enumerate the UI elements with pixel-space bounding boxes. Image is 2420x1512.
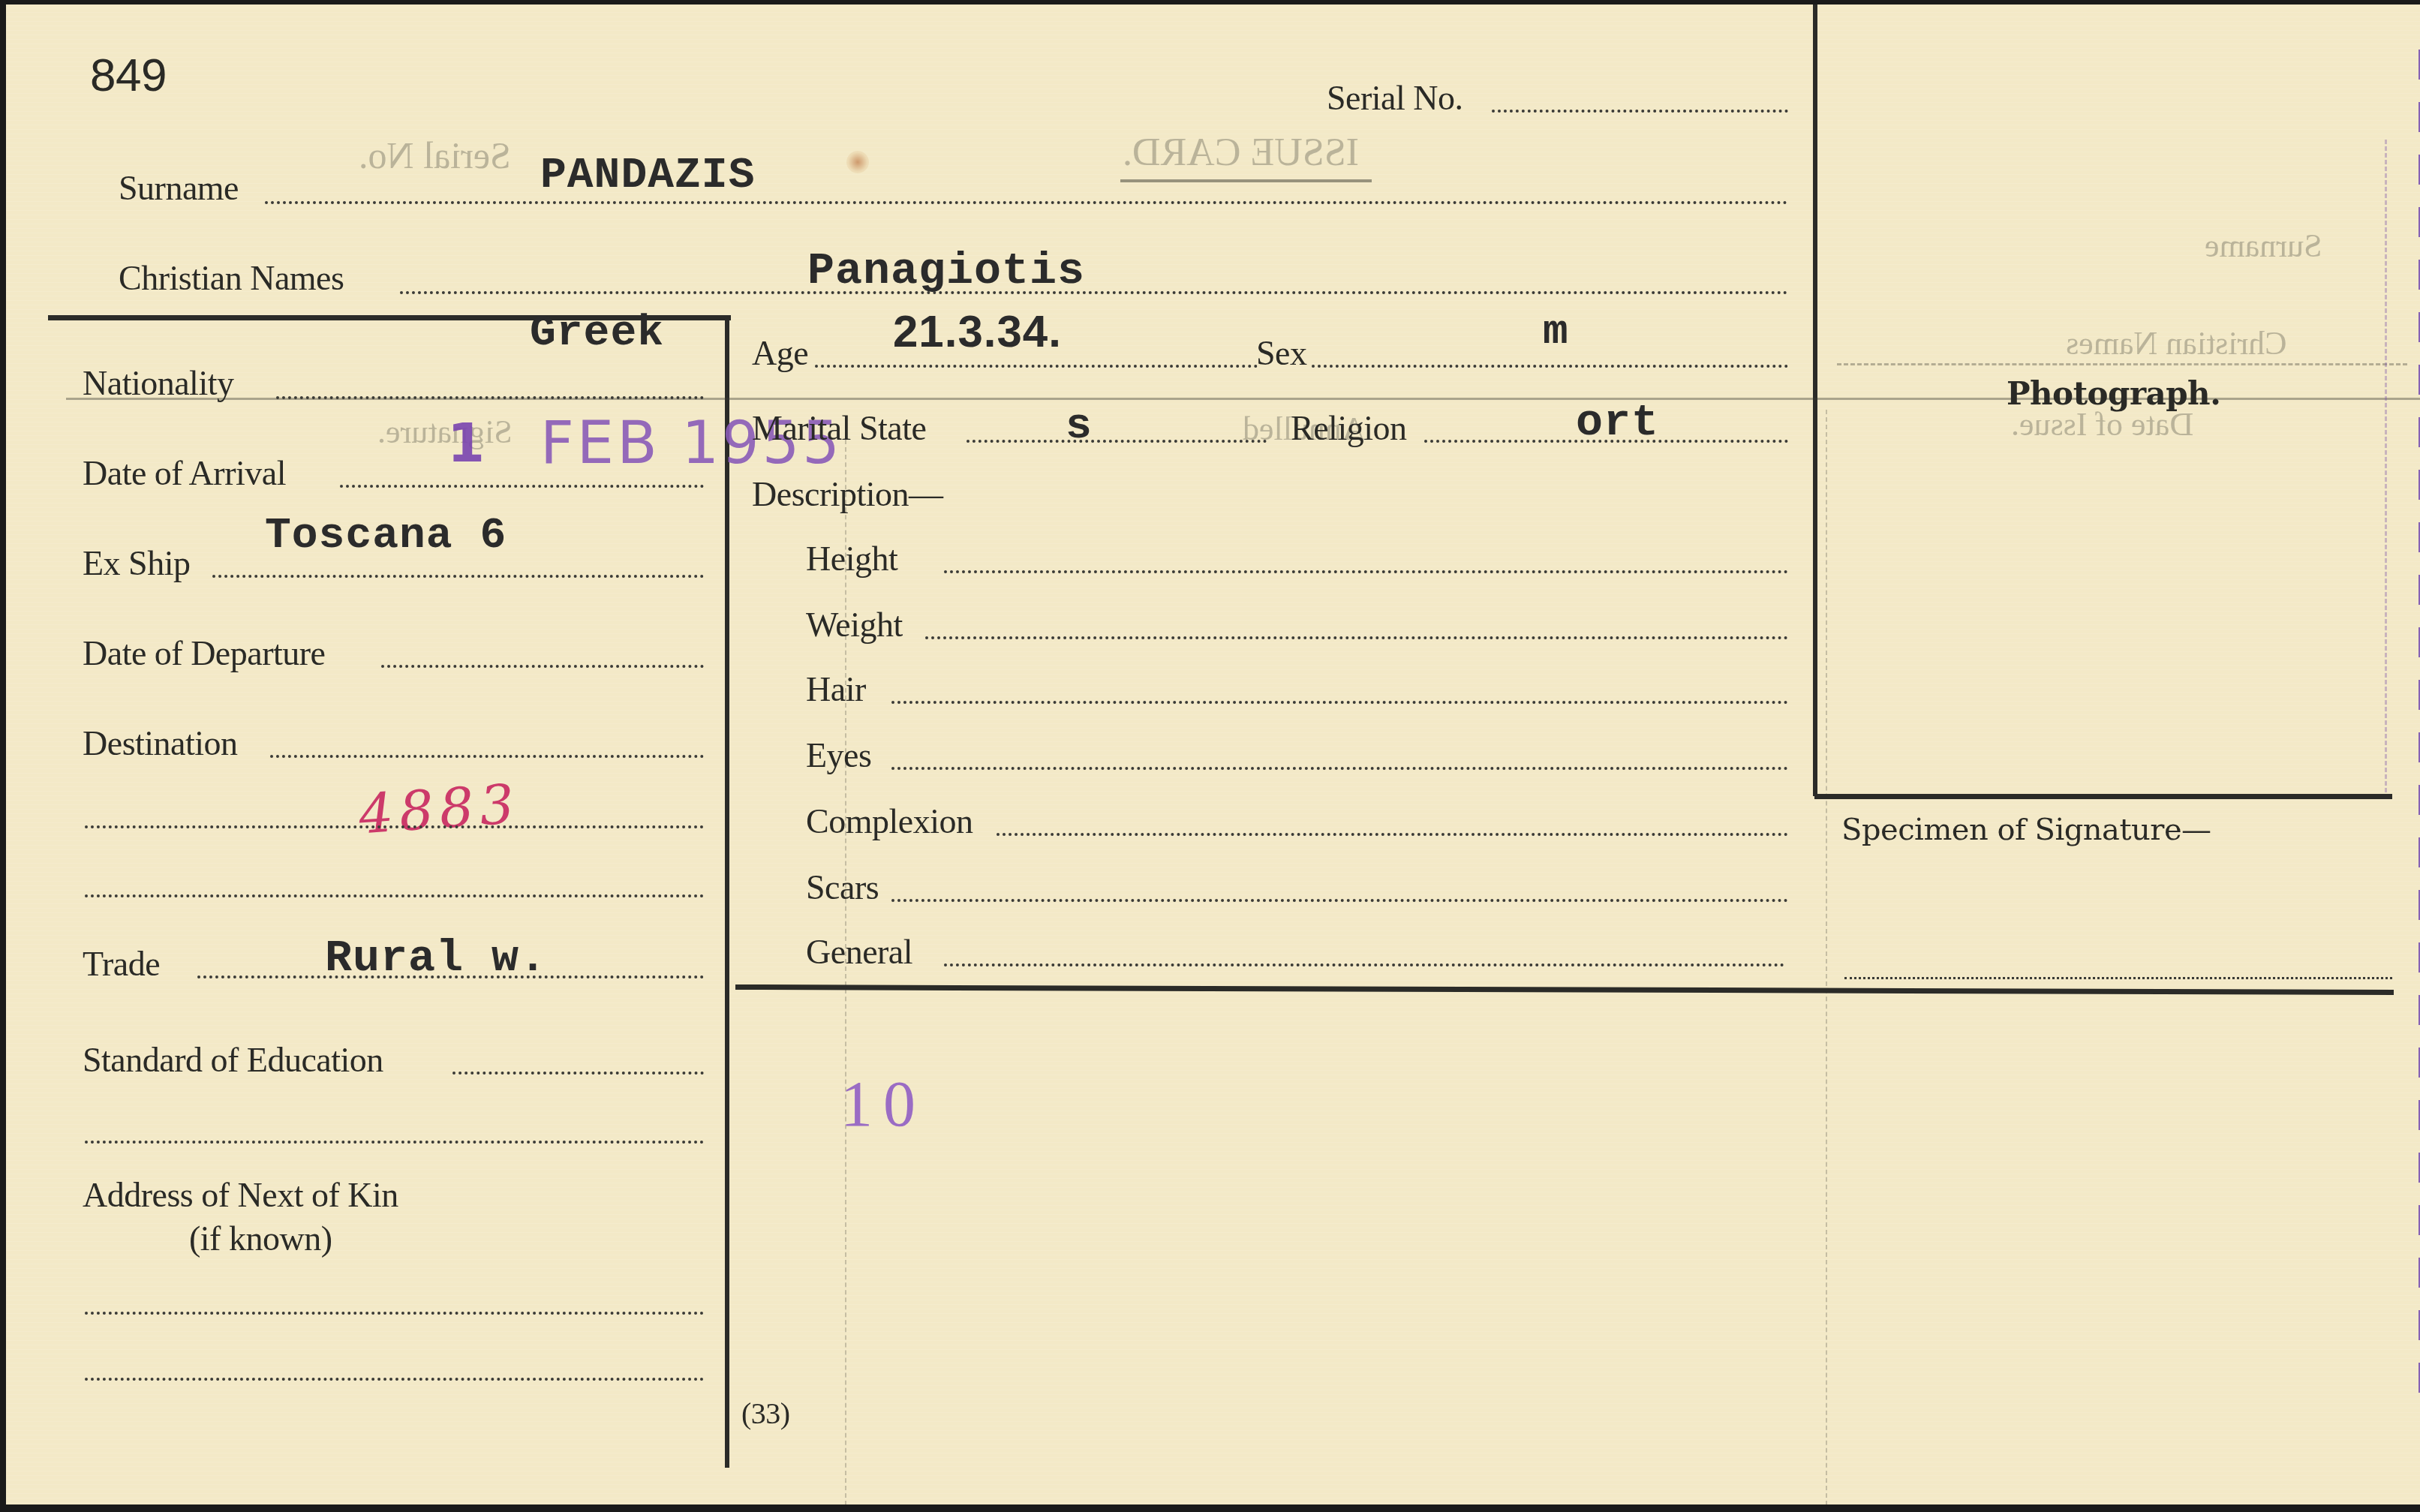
- height-dots: [944, 570, 1788, 573]
- destination-dots-2: [85, 825, 704, 828]
- guide-line-right: [1826, 410, 1827, 1505]
- ghost-underline: [1120, 179, 1372, 182]
- form-number: (33): [741, 1399, 790, 1429]
- photo-guide-line: [1837, 363, 2407, 365]
- description-heading: Description—: [752, 477, 943, 512]
- ghost-date-of-issue: Date of Issue.: [2011, 408, 2193, 441]
- paper-stain: [846, 151, 869, 173]
- trade-label: Trade: [83, 947, 160, 981]
- religion-value: ort: [1576, 401, 1659, 446]
- photo-box-right-edge: [2385, 140, 2387, 792]
- photograph-label: Photograph.: [2007, 378, 2220, 410]
- marital-state-label: Marital State: [752, 411, 926, 446]
- photo-box-bottom-rule: [1814, 794, 2392, 799]
- weight-dots: [925, 636, 1788, 639]
- ex-ship-value: Toscana 6: [265, 515, 507, 558]
- next-of-kin-dots-2: [85, 1378, 704, 1381]
- record-number: 849: [90, 53, 167, 99]
- serial-no-dots: [1492, 110, 1788, 113]
- complexion-dots: [997, 833, 1788, 836]
- destination-label: Destination: [83, 726, 238, 761]
- destination-handwritten-number: 4883: [357, 777, 522, 842]
- age-value: 21.3.34.: [893, 309, 1062, 354]
- ghost-serial-no: Serial No.: [359, 137, 511, 174]
- date-of-arrival-dots: [340, 485, 704, 488]
- left-column-divider: [725, 315, 729, 1468]
- description-bottom-rule: [735, 984, 2394, 995]
- surname-dots: [265, 201, 1788, 204]
- immigration-card: 849 Serial No. Serial No. ISSUE CARD. Su…: [0, 0, 2420, 1512]
- destination-dots: [270, 755, 704, 758]
- date-of-departure-label: Date of Departure: [83, 636, 326, 671]
- signature-label: Specimen of Signature—: [1841, 815, 2211, 845]
- religion-label: Religion: [1291, 411, 1406, 446]
- sex-label: Sex: [1256, 336, 1307, 371]
- description-label-hair: Hair: [806, 672, 866, 707]
- description-label-height: Height: [806, 542, 897, 576]
- next-of-kin-dots-1: [85, 1312, 704, 1315]
- general-dots: [944, 963, 1784, 966]
- surname-label: Surname: [119, 171, 239, 206]
- card-bottom-edge: [0, 1504, 2420, 1512]
- photo-column-divider: [1813, 5, 1817, 796]
- next-of-kin-label: Address of Next of Kin: [83, 1178, 398, 1213]
- description-label-weight: Weight: [806, 608, 903, 642]
- marital-state-value: s: [1066, 405, 1093, 449]
- age-label: Age: [752, 336, 808, 371]
- description-label-scars: Scars: [806, 870, 879, 905]
- age-dots: [815, 365, 1258, 368]
- next-of-kin-sublabel: (if known): [189, 1222, 332, 1256]
- nationality-dots: [276, 396, 704, 399]
- stamp-number: 10: [840, 1072, 926, 1136]
- christian-names-label: Christian Names: [119, 261, 344, 296]
- sex-dots: [1312, 365, 1788, 368]
- hair-dots: [891, 701, 1788, 704]
- ghost-christian-names: Christian Names: [2066, 327, 2287, 360]
- date-of-departure-dots: [381, 665, 704, 668]
- trade-value: Rural w.: [325, 936, 547, 981]
- description-label-general: General: [806, 935, 912, 969]
- eyes-dots: [891, 767, 1788, 770]
- ghost-surname: Surname: [2205, 230, 2322, 263]
- nationality-label: Nationality: [83, 366, 233, 401]
- ghost-signature: Signature.: [377, 416, 513, 449]
- description-label-eyes: Eyes: [806, 738, 871, 773]
- standard-of-education-label: Standard of Education: [83, 1043, 383, 1078]
- ghost-issue-card: ISSUE CARD.: [1123, 134, 1359, 173]
- nationality-value: Greek: [530, 312, 664, 356]
- ex-ship-label: Ex Ship: [83, 546, 190, 581]
- sex-value: m: [1543, 311, 1569, 353]
- destination-dots-3: [85, 894, 704, 897]
- signature-dots: [1844, 977, 2392, 979]
- marital-state-dots: [966, 440, 1267, 443]
- date-of-arrival-label: Date of Arrival: [83, 456, 286, 491]
- christian-names-value: Panagiotis: [807, 249, 1085, 294]
- christian-names-dots: [400, 291, 1788, 294]
- surname-value: PANDAZIS: [540, 155, 755, 198]
- standard-of-education-dots: [452, 1072, 704, 1075]
- serial-no-label: Serial No.: [1327, 81, 1463, 116]
- description-label-complexion: Complexion: [806, 804, 973, 839]
- ex-ship-dots: [212, 575, 704, 578]
- standard-of-education-dots-2: [85, 1141, 704, 1144]
- arrival-date-stamp-day: 1: [447, 416, 485, 470]
- scars-dots: [891, 899, 1788, 902]
